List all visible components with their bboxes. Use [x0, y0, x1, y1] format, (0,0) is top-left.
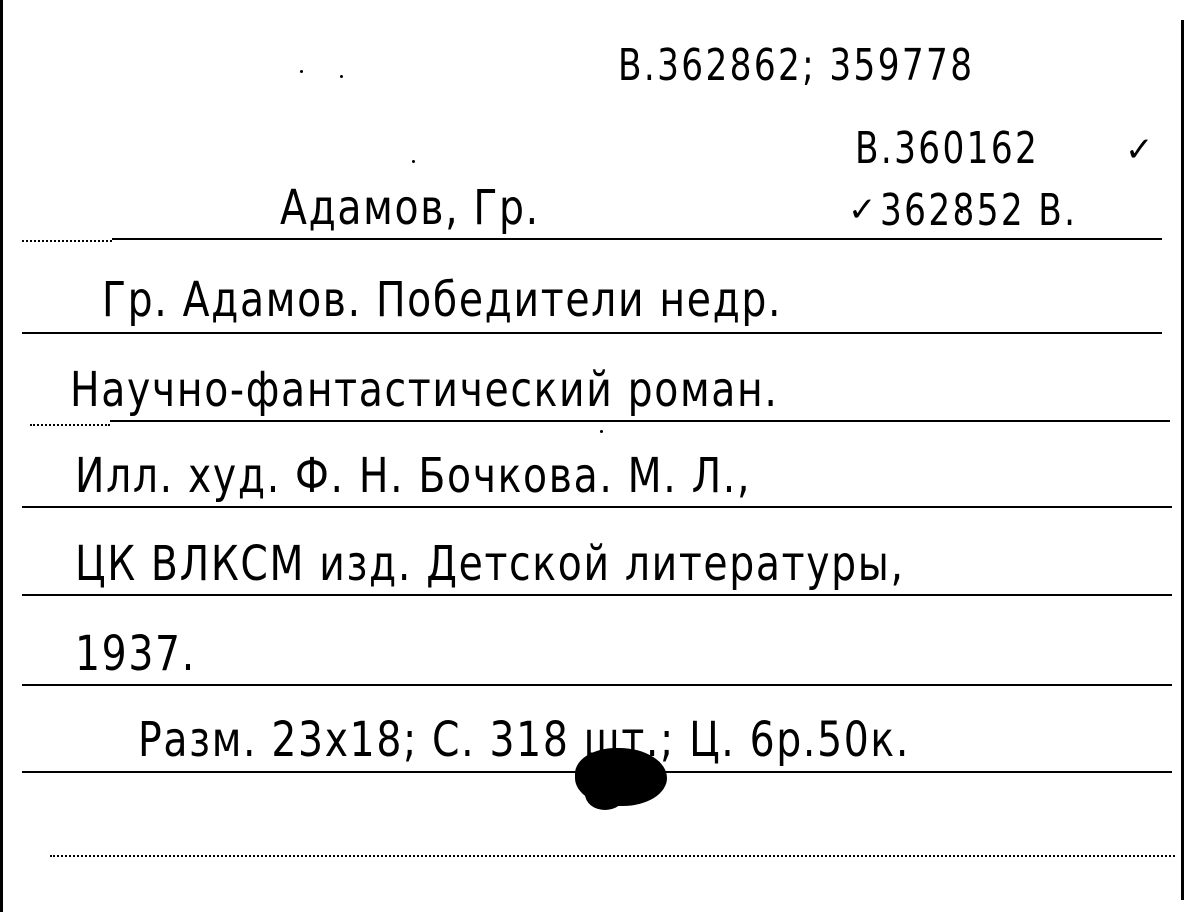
catalog-card: В.362862; 359778 В.360162 ✓ ✓ 362852 В. …: [0, 0, 1184, 912]
year-line: 1937.: [75, 626, 196, 682]
dotted-rule: [30, 424, 110, 426]
shelf-mark-line-2: В.360162: [855, 123, 1039, 174]
ruled-line: [110, 420, 1170, 422]
ruled-line: [22, 332, 1162, 334]
check-mark-icon: ✓: [1125, 130, 1154, 170]
shelf-mark-line-1: В.362862; 359778: [618, 40, 974, 91]
scan-speck: [412, 160, 415, 163]
ruled-line: [22, 506, 1172, 508]
genre-line: Научно-фантастический роман.: [70, 362, 779, 418]
ink-blot: [575, 748, 667, 806]
scan-speck: [600, 430, 603, 433]
dotted-rule: [22, 240, 112, 242]
shelf-mark-line-3: 362852 В.: [880, 185, 1077, 236]
scan-speck: [340, 75, 343, 78]
ruled-line: [22, 594, 1172, 596]
illustrator-line: Илл. худ. Ф. Н. Бочкова. М. Л.,: [75, 448, 751, 504]
card-left-edge: [0, 0, 3, 912]
publisher-line: ЦК ВЛКСМ изд. Детской литературы,: [75, 536, 905, 592]
physical-description-line: Разм. 23x18; С. 318 шт.; Ц. 6р.50к.: [138, 712, 910, 768]
title-line: Гр. Адамов. Победители недр.: [102, 272, 782, 328]
author-heading: Адамов, Гр.: [280, 180, 540, 236]
check-mark-icon: ✓: [848, 190, 877, 230]
ruled-line: [22, 684, 1172, 686]
scan-speck: [960, 210, 963, 213]
scan-speck: [300, 70, 303, 73]
ruled-line: [112, 238, 1162, 240]
dotted-rule: [50, 855, 1175, 857]
